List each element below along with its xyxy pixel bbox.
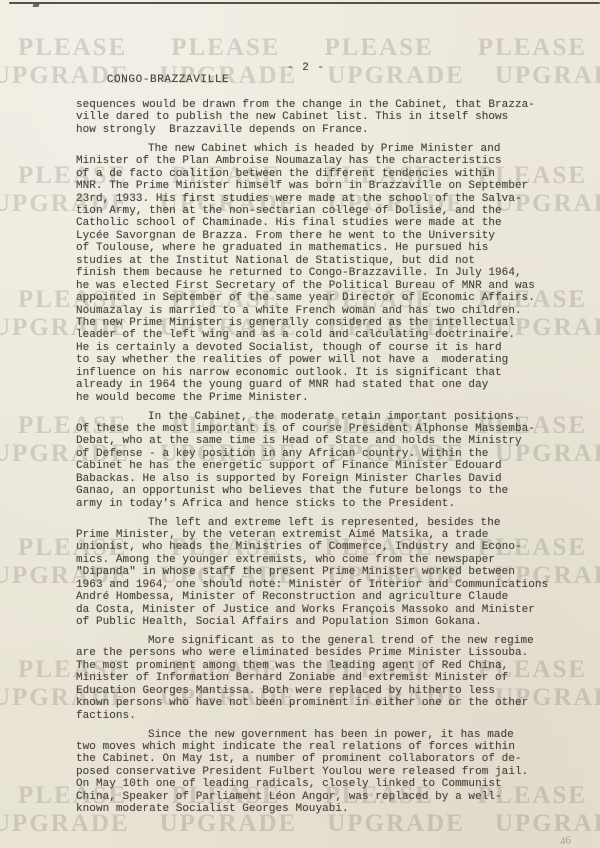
text-line: Catholic school of Chaminade. His final … bbox=[76, 217, 548, 229]
text-line: The most prominent among them was the le… bbox=[76, 660, 548, 672]
paragraph: The left and extreme left is represented… bbox=[76, 517, 548, 629]
text-line: "Dipanda" in whose staff the present Pri… bbox=[76, 566, 548, 578]
text-line: Debat, who at the same time is Head of S… bbox=[76, 435, 548, 447]
text-line: On May 10th one of leading radicals, clo… bbox=[76, 778, 548, 790]
scanned-document-page: PLEASEPLEASEPLEASEPLEASEPLEASEUPGRADEUPG… bbox=[0, 0, 600, 848]
text-line: 23rd, 1933. His first studies were made … bbox=[76, 193, 548, 205]
text-line: he was elected First Secretary of the Po… bbox=[76, 280, 548, 292]
text-line: Lycée Savorgnan de Brazza. From there he… bbox=[76, 230, 548, 242]
text-line: he would become the Prime Minister. bbox=[76, 392, 548, 404]
scan-top-edge bbox=[9, 2, 600, 4]
watermark-row: PLEASEPLEASEPLEASEPLEASEPLEASE bbox=[0, 35, 600, 60]
text-line: 1963 and 1964, one should note: Minister… bbox=[76, 579, 548, 591]
text-line: known moderate Socialist Georges Mouyabi… bbox=[76, 803, 548, 815]
text-line: finish them because he returned to Congo… bbox=[76, 267, 548, 279]
text-line: of Defense - a key position in any Afric… bbox=[76, 448, 548, 460]
text-line: Noumazalay is married to a white French … bbox=[76, 305, 548, 317]
document-body: sequences would be drawn from the change… bbox=[76, 99, 548, 822]
watermark-word: PLEASE bbox=[171, 35, 280, 60]
text-line: of Toulouse, where he graduated in mathe… bbox=[76, 242, 548, 254]
text-line: mics. Among the younger extremists, who … bbox=[76, 554, 548, 566]
paragraph: Since the new government has been in pow… bbox=[76, 729, 548, 816]
text-line: The new Prime Minister is generally cons… bbox=[76, 317, 548, 329]
text-line: are the persons who were eliminated besi… bbox=[76, 647, 548, 659]
text-line: two moves which might indicate the real … bbox=[76, 741, 548, 753]
text-line: Cabinet he has the energetic support of … bbox=[76, 460, 548, 472]
text-line: Prime Minister, by the veteran extremist… bbox=[76, 529, 548, 541]
text-line: ville dared to publish the new Cabinet l… bbox=[76, 111, 548, 123]
text-line: Since the new government has been in pow… bbox=[76, 729, 548, 741]
text-line: Minister of Information Bernard Zoniabe … bbox=[76, 672, 548, 684]
text-line: posed conservative President Fulbert You… bbox=[76, 766, 548, 778]
text-line: He is certainly a devoted Socialist, tho… bbox=[76, 342, 548, 354]
text-line: André Hombessa, Minister of Reconstructi… bbox=[76, 591, 548, 603]
paragraph: In the Cabinet, the moderate retain impo… bbox=[76, 411, 548, 511]
scan-edge-notch bbox=[32, 4, 39, 7]
document-header: CONGO-BRAZZAVILLE - 2 - bbox=[78, 62, 600, 76]
text-line: studies at the Institut National de Stat… bbox=[76, 255, 548, 267]
text-line: Education Georges Mantissa. Both were re… bbox=[76, 685, 548, 697]
text-line: The left and extreme left is represented… bbox=[76, 517, 548, 529]
text-line: known persons who have not been prominen… bbox=[76, 697, 548, 709]
text-line: More significant as to the general trend… bbox=[76, 635, 548, 647]
text-line: already in 1964 the young guard of MNR h… bbox=[76, 379, 548, 391]
text-line: of a de facto coalition between the diff… bbox=[76, 168, 548, 180]
text-line: of Public Health, Social Affairs and Pop… bbox=[76, 616, 548, 628]
text-line: tion Army, then at the non-sectarian col… bbox=[76, 205, 548, 217]
text-line: sequences would be drawn from the change… bbox=[76, 99, 548, 111]
paragraph: sequences would be drawn from the change… bbox=[76, 99, 548, 136]
page-number: - 2 - bbox=[287, 62, 325, 74]
text-line: Ganao, an opportunist who believes that … bbox=[76, 485, 548, 497]
text-line: the Cabinet. On May 1st, a number of pro… bbox=[76, 753, 548, 765]
text-line: unionist, who heads the Ministries of Co… bbox=[76, 541, 548, 553]
text-line: In the Cabinet, the moderate retain impo… bbox=[76, 411, 548, 423]
text-line: China, Speaker of Parliament Léon Angor,… bbox=[76, 791, 548, 803]
paragraph: More significant as to the general trend… bbox=[76, 635, 548, 722]
text-line: Minister of the Plan Ambroise Noumazalay… bbox=[76, 155, 548, 167]
text-line: MNR. The Prime Minister himself was born… bbox=[76, 180, 548, 192]
text-line: Babackas. He also is supported by Foreig… bbox=[76, 473, 548, 485]
text-line: The new Cabinet which is headed by Prime… bbox=[76, 143, 548, 155]
text-line: influence on his narrow economic outlook… bbox=[76, 367, 548, 379]
text-line: to say whether the realities of power wi… bbox=[76, 354, 548, 366]
text-line: army in today's Africa and hence sticks … bbox=[76, 498, 548, 510]
text-line: appointed in September of the same year … bbox=[76, 292, 548, 304]
text-line: how strongly Brazzaville depends on Fran… bbox=[76, 124, 548, 136]
text-line: leader of the left wing and as a cold an… bbox=[76, 329, 548, 341]
text-line: Of these the most important is of course… bbox=[76, 423, 548, 435]
paragraph: The new Cabinet which is headed by Prime… bbox=[76, 143, 548, 404]
watermark-word: PLEASE bbox=[18, 35, 127, 60]
watermark-word: PLEASE bbox=[325, 35, 434, 60]
text-line: factions. bbox=[76, 710, 548, 722]
text-line: da Costa, Minister of Justice and Works … bbox=[76, 604, 548, 616]
handwritten-corner-mark: 46 bbox=[559, 834, 572, 848]
document-title: CONGO-BRAZZAVILLE bbox=[107, 74, 229, 86]
watermark-word: PLEASE bbox=[478, 35, 587, 60]
